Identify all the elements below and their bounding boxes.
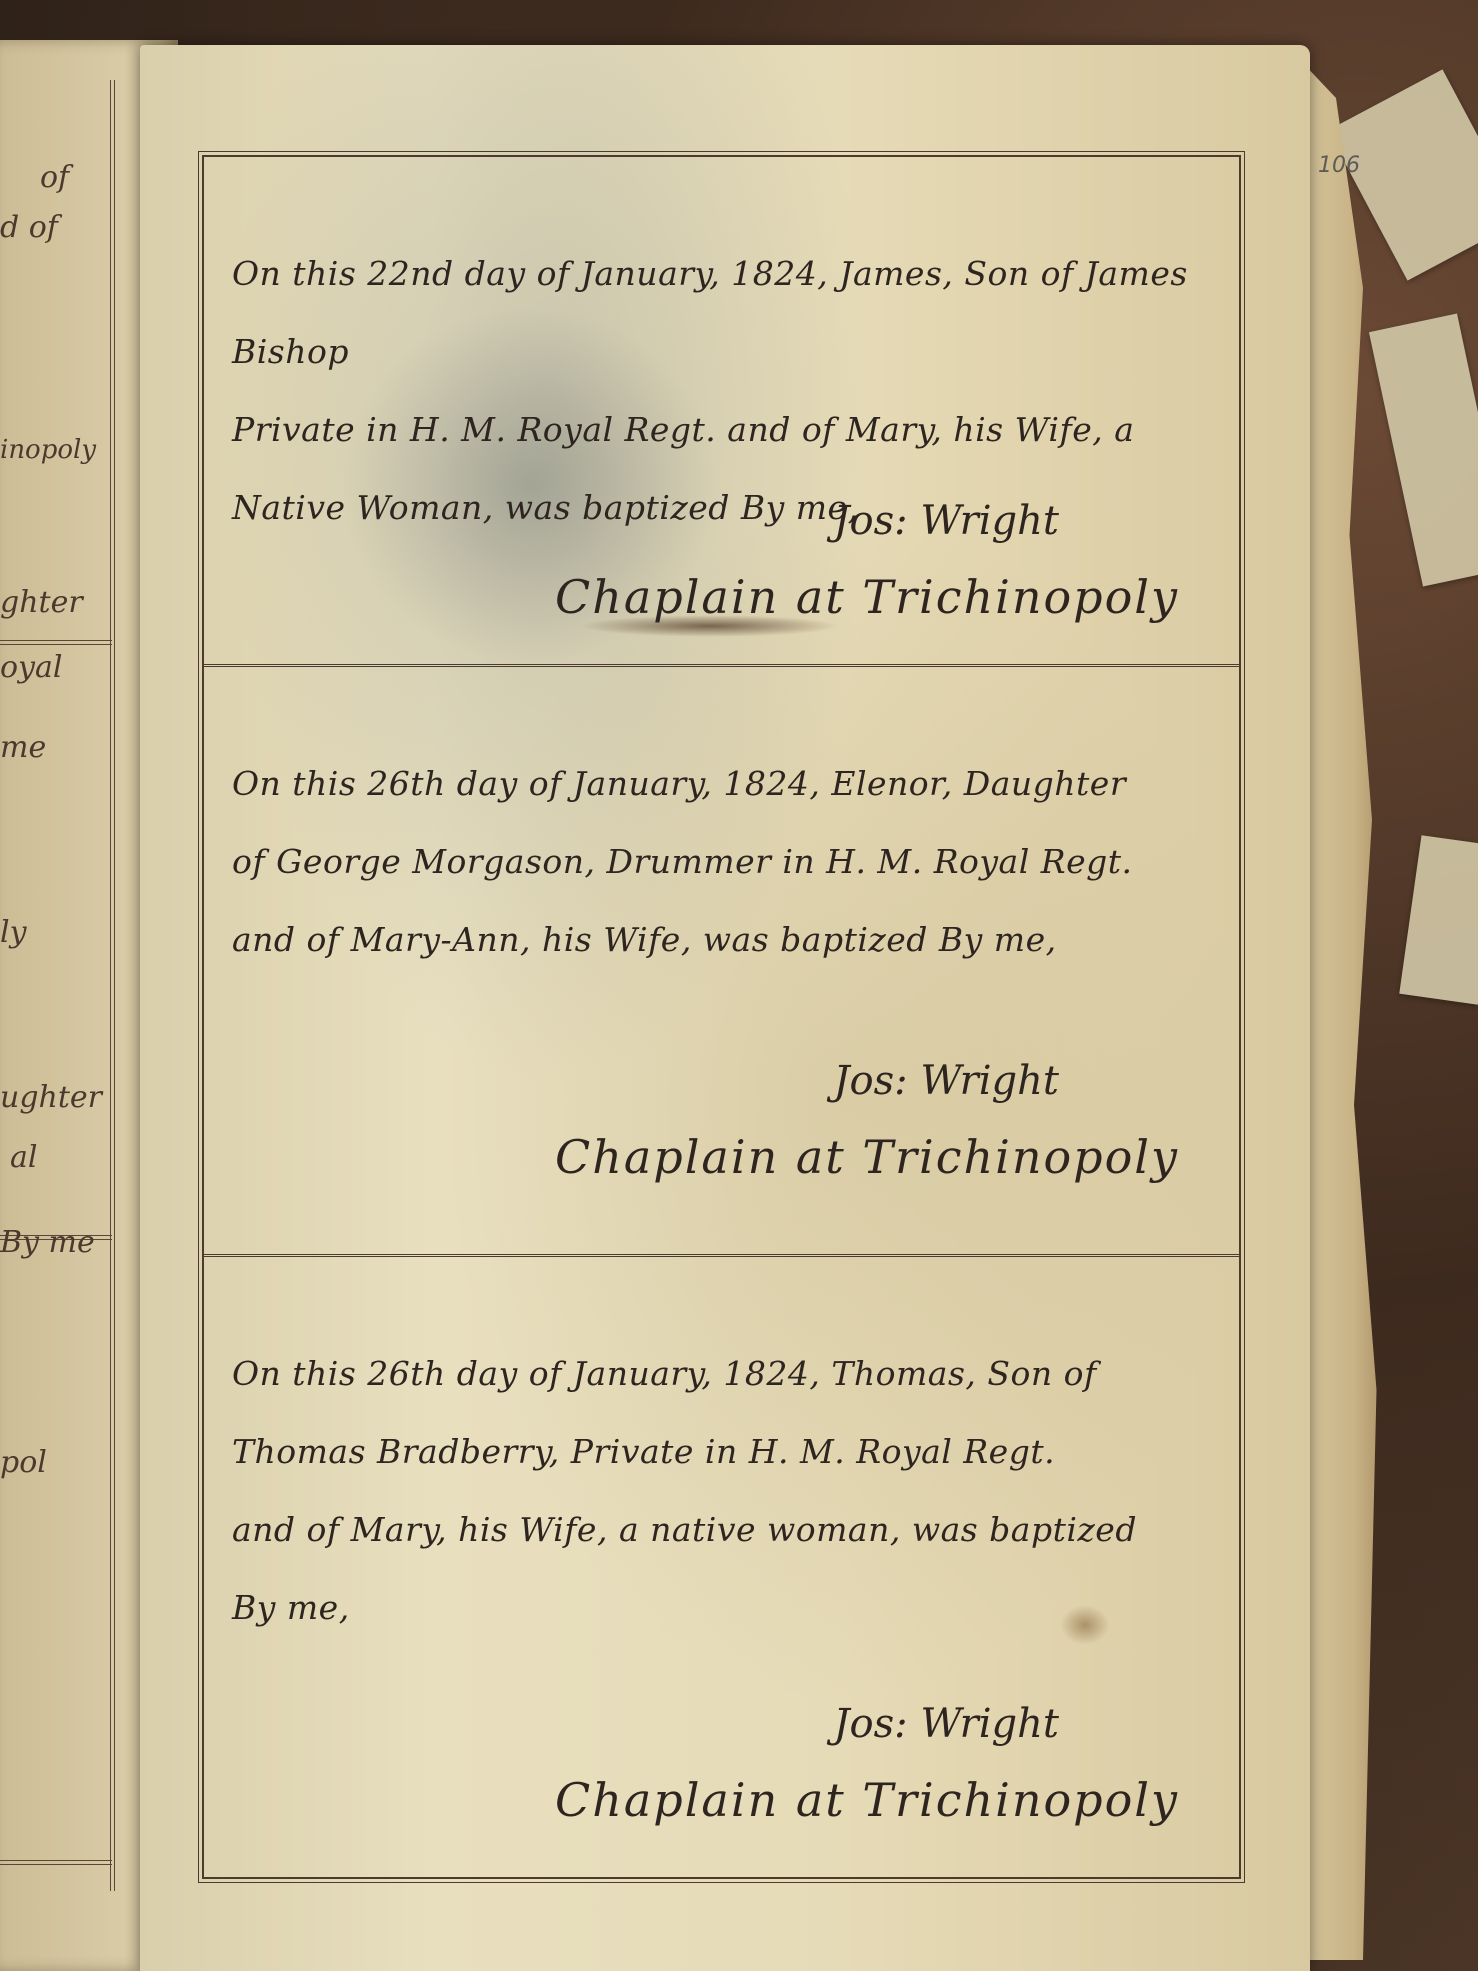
entry-line: and of Mary-Ann, his Wife, was baptized … xyxy=(232,920,1057,959)
entry-line: On this 26th day of January, 1824, Thoma… xyxy=(232,1354,1097,1393)
folio-number: 106 xyxy=(1318,153,1360,178)
left-page-fragment: oyal xyxy=(0,650,63,685)
signature-title: Chaplain at Trichinopoly xyxy=(555,1130,1179,1184)
entry-line: of George Morgason, Drummer in H. M. Roy… xyxy=(232,842,1133,881)
entry-line: By me, xyxy=(232,1588,350,1627)
signature-name: Jos: Wright xyxy=(555,1058,1059,1104)
left-page-fragment: ughter xyxy=(0,1080,102,1115)
entry-text: On this 26th day of January, 1824, Thoma… xyxy=(232,1335,1209,1647)
left-page-fragment: ly xyxy=(0,915,27,950)
entry-line: On this 22nd day of January, 1824, James… xyxy=(232,254,1188,371)
left-page-fragment: d of xyxy=(0,210,58,245)
baptism-entry: On this 26th day of January, 1824, Eleno… xyxy=(204,667,1239,1257)
left-page-fragment: pol xyxy=(0,1445,47,1480)
signature-block: Jos: Wright Chaplain at Trichinopoly xyxy=(555,498,1179,624)
signature-name: Jos: Wright xyxy=(555,498,1059,544)
entry-text: On this 26th day of January, 1824, Eleno… xyxy=(232,745,1209,979)
signature-name: Jos: Wright xyxy=(555,1701,1059,1747)
entry-line: and of Mary, his Wife, a native woman, w… xyxy=(232,1510,1137,1549)
left-page-fragment: al xyxy=(10,1140,37,1175)
baptism-entry: On this 26th day of January, 1824, Thoma… xyxy=(204,1257,1239,1877)
left-page-fragment: ghter xyxy=(0,585,83,620)
register-frame: On this 22nd day of January, 1824, James… xyxy=(202,155,1241,1879)
left-page-fragment: of xyxy=(40,160,69,195)
left-page-fragment: By me xyxy=(0,1225,95,1260)
signature-title: Chaplain at Trichinopoly xyxy=(555,570,1179,624)
signature-block: Jos: Wright Chaplain at Trichinopoly xyxy=(555,1701,1179,1827)
left-page-entry-divider xyxy=(0,1860,112,1865)
entry-line: Thomas Bradberry, Private in H. M. Royal… xyxy=(232,1432,1055,1471)
left-page-margin-rule xyxy=(110,80,115,1891)
entry-line: On this 26th day of January, 1824, Eleno… xyxy=(232,764,1126,803)
baptism-entry: On this 22nd day of January, 1824, James… xyxy=(204,157,1239,667)
register-page: 106 On this 22nd day of January, 1824, J… xyxy=(140,45,1310,1971)
signature-block: Jos: Wright Chaplain at Trichinopoly xyxy=(555,1058,1179,1184)
left-page-fragment: inopoly xyxy=(0,435,96,465)
entry-line: Private in H. M. Royal Regt. and of Mary… xyxy=(232,410,1134,449)
left-page-entry-divider xyxy=(0,640,112,645)
signature-title: Chaplain at Trichinopoly xyxy=(555,1773,1179,1827)
left-page-fragment: me xyxy=(0,730,46,765)
